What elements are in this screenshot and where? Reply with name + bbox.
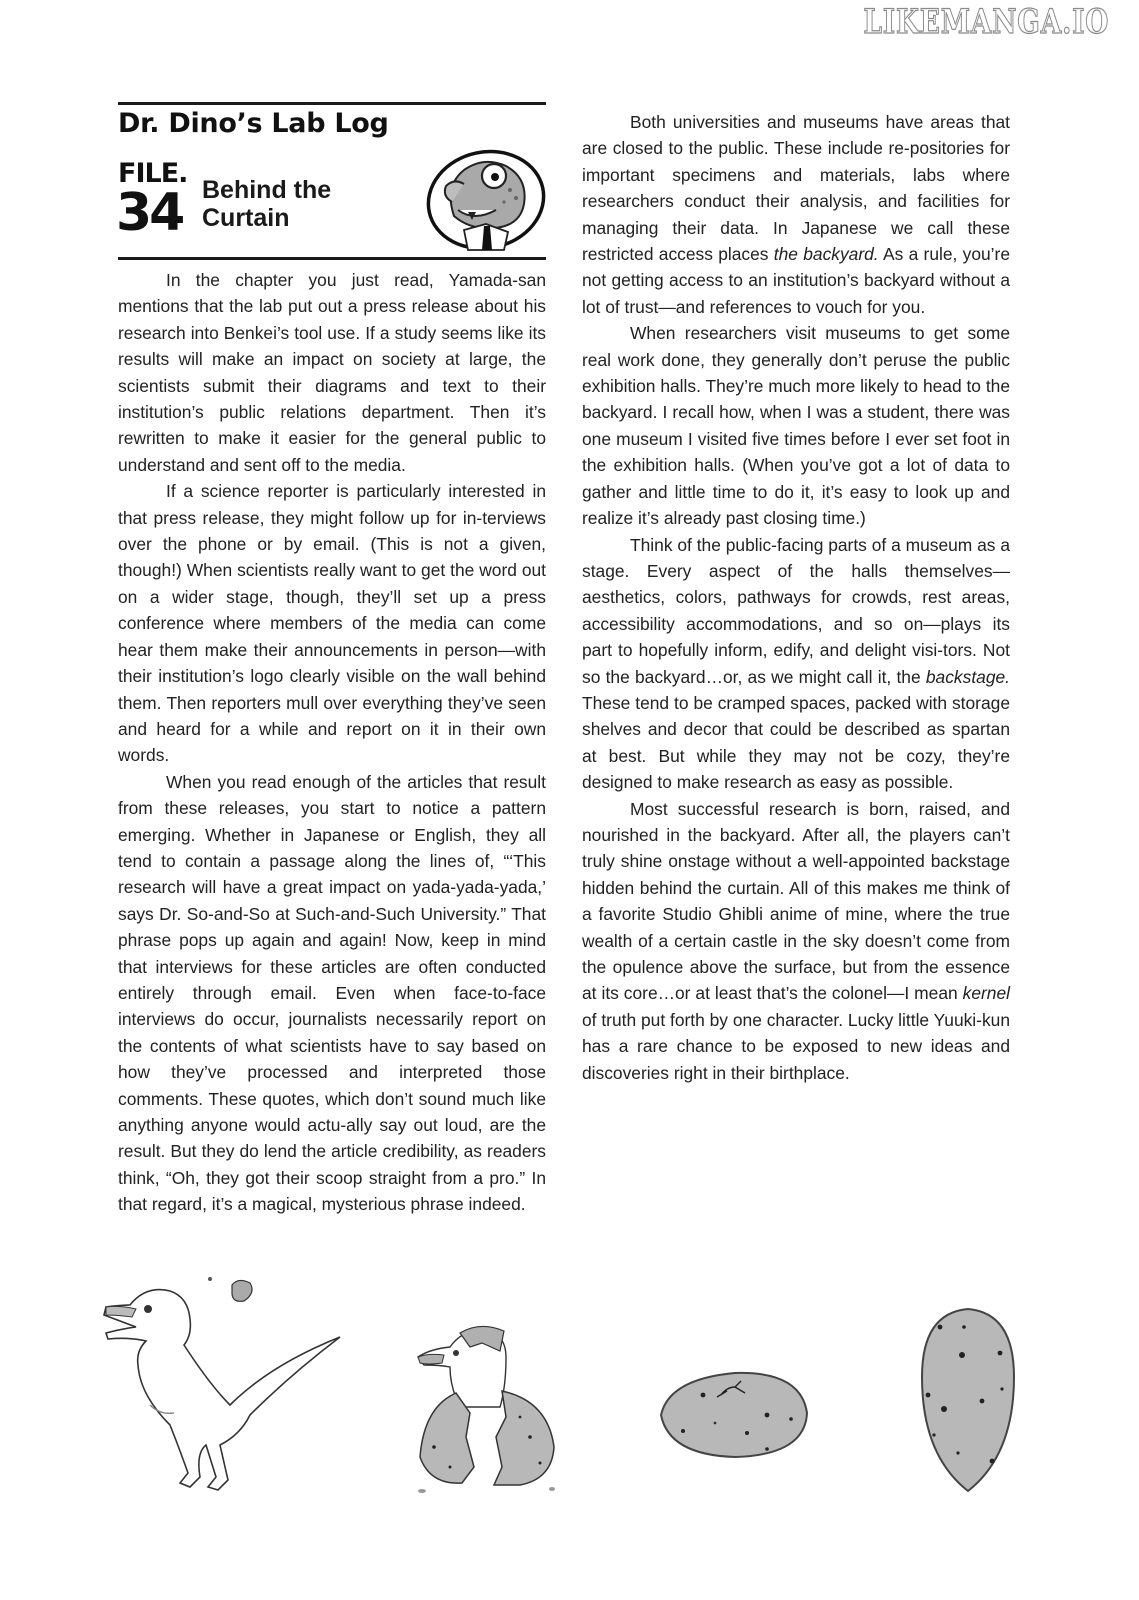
- bottom-illustrations: [0, 1255, 1139, 1515]
- hatching-dinosaur-egg-icon: [410, 1317, 560, 1497]
- file-number: 34: [116, 187, 182, 239]
- right-column-body: Both universities and museums have areas…: [582, 109, 1010, 1086]
- paragraph: When researchers visit museums to get so…: [582, 320, 1010, 531]
- file-title: Behind the Curtain: [202, 176, 331, 232]
- series-title: Dr. Dino’s Lab Log: [118, 108, 389, 139]
- paragraph: Think of the public-facing parts of a mu…: [582, 532, 1010, 796]
- upright-egg-icon: [918, 1305, 1018, 1495]
- cracked-egg-lying-icon: [655, 1365, 815, 1460]
- paragraph: When you read enough of the articles tha…: [118, 769, 546, 1218]
- watermark-logo: LIKEMANGA.IO: [863, 2, 1109, 42]
- paragraph: In the chapter you just read, Yamada-san…: [118, 267, 546, 478]
- emphasis-text: kernel: [963, 983, 1010, 1003]
- dinosaur-professor-mascot-icon: [424, 146, 548, 254]
- paragraph: Both universities and museums have areas…: [582, 109, 1010, 320]
- text-run: Most successful research is born, raised…: [582, 799, 1010, 1004]
- paragraph: Most successful research is born, raised…: [582, 796, 1010, 1086]
- emphasis-text: backstage.: [926, 667, 1010, 687]
- header-bottom-rule: [118, 257, 546, 260]
- left-column-body: In the chapter you just read, Yamada-san…: [118, 267, 546, 1218]
- header-top-rule: [118, 102, 546, 105]
- text-run: Think of the public-facing parts of a mu…: [582, 535, 1010, 687]
- emphasis-text: the backyard.: [774, 244, 879, 264]
- file-title-line-1: Behind the: [202, 176, 331, 204]
- file-title-line-2: Curtain: [202, 204, 331, 232]
- text-run: of truth put forth by one character. Luc…: [582, 1010, 1010, 1083]
- text-run: Both universities and museums have areas…: [582, 112, 1010, 264]
- paragraph: If a science reporter is particularly in…: [118, 478, 546, 768]
- young-raptor-dinosaur-icon: [100, 1265, 350, 1500]
- text-run: These tend to be cramped spaces, packed …: [582, 693, 1010, 792]
